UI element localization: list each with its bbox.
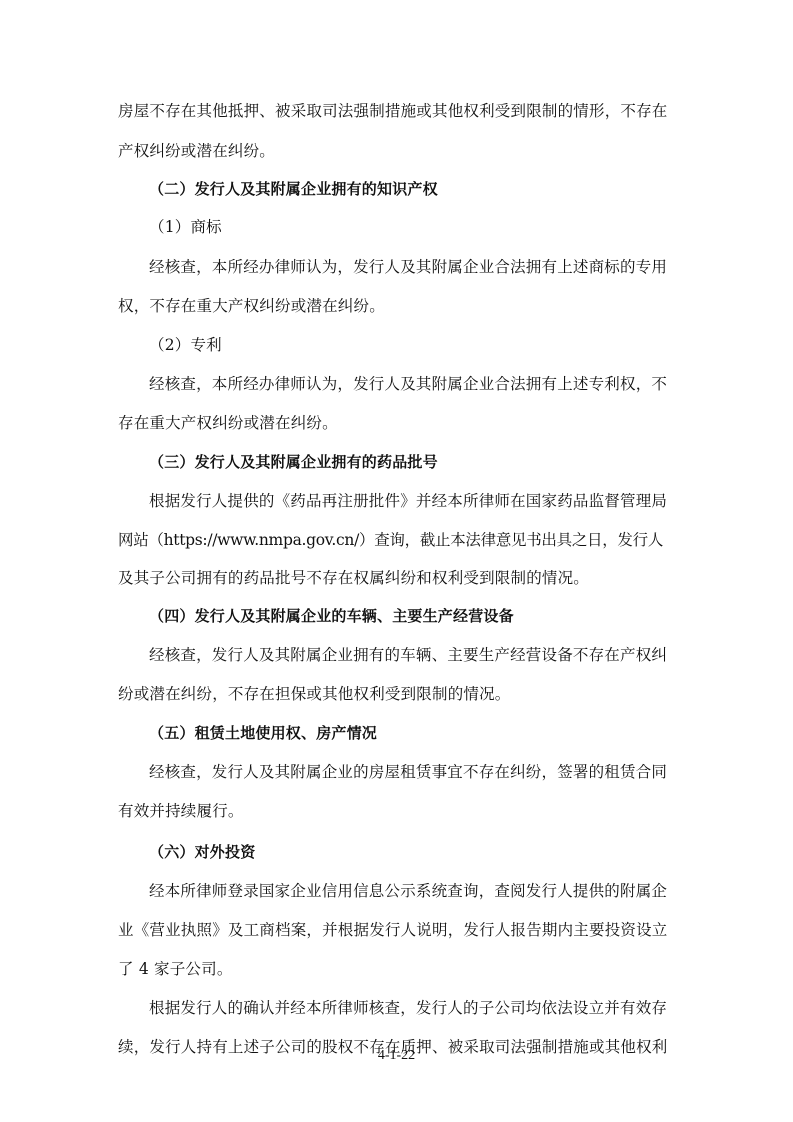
- body-line: 经核查，发行人及其附属企业的房屋租赁事宜不存在纠纷，签署的租赁合同: [118, 761, 709, 783]
- section-heading-drug-approval: （三）发行人及其附属企业拥有的药品批号: [118, 451, 709, 473]
- section-heading-leased-land: （五）租赁土地使用权、房产情况: [118, 722, 709, 744]
- section-heading-intellectual-property: （二）发行人及其附属企业拥有的知识产权: [118, 178, 709, 200]
- body-line: 产权纠纷或潜在纠纷。: [118, 140, 678, 162]
- subheading-trademark: （1）商标: [118, 216, 709, 238]
- body-line: 经核查，本所经办律师认为，发行人及其附属企业合法拥有上述专利权，不: [118, 373, 709, 395]
- section-heading-vehicles-equipment: （四）发行人及其附属企业的车辆、主要生产经营设备: [118, 605, 709, 627]
- body-line: 业《营业执照》及工商档案，并根据发行人说明，发行人报告期内主要投资设立: [118, 919, 678, 941]
- section-heading-external-investment: （六）对外投资: [118, 841, 709, 863]
- body-line: 有效并持续履行。: [118, 800, 678, 822]
- body-line: 了 4 家子公司。: [118, 958, 678, 980]
- body-line: 纷或潜在纠纷，不存在担保或其他权利受到限制的情况。: [118, 683, 678, 705]
- body-line: 存在重大产权纠纷或潜在纠纷。: [118, 412, 678, 434]
- subheading-patent: （2）专利: [118, 334, 709, 356]
- page-number: 4-1-22: [0, 1048, 793, 1064]
- body-line: 权，不存在重大产权纠纷或潜在纠纷。: [118, 295, 678, 317]
- body-line: 经本所律师登录国家企业信用信息公示系统查询，查阅发行人提供的附属企: [118, 880, 709, 902]
- body-line: 经核查，本所经办律师认为，发行人及其附属企业合法拥有上述商标的专用: [118, 256, 709, 278]
- body-line: 经核查，发行人及其附属企业拥有的车辆、主要生产经营设备不存在产权纠: [118, 644, 709, 666]
- body-line: 根据发行人的确认并经本所律师核查，发行人的子公司均依法设立并有效存: [118, 997, 709, 1019]
- body-line: 网站（https://www.nmpa.gov.cn/）查询，截止本法律意见书出…: [118, 529, 678, 551]
- body-line: 及其子公司拥有的药品批号不存在权属纠纷和权利受到限制的情况。: [118, 567, 678, 589]
- body-line: 根据发行人提供的《药品再注册批件》并经本所律师在国家药品监督管理局: [118, 490, 709, 512]
- body-line: 房屋不存在其他抵押、被采取司法强制措施或其他权利受到限制的情形，不存在: [118, 100, 678, 122]
